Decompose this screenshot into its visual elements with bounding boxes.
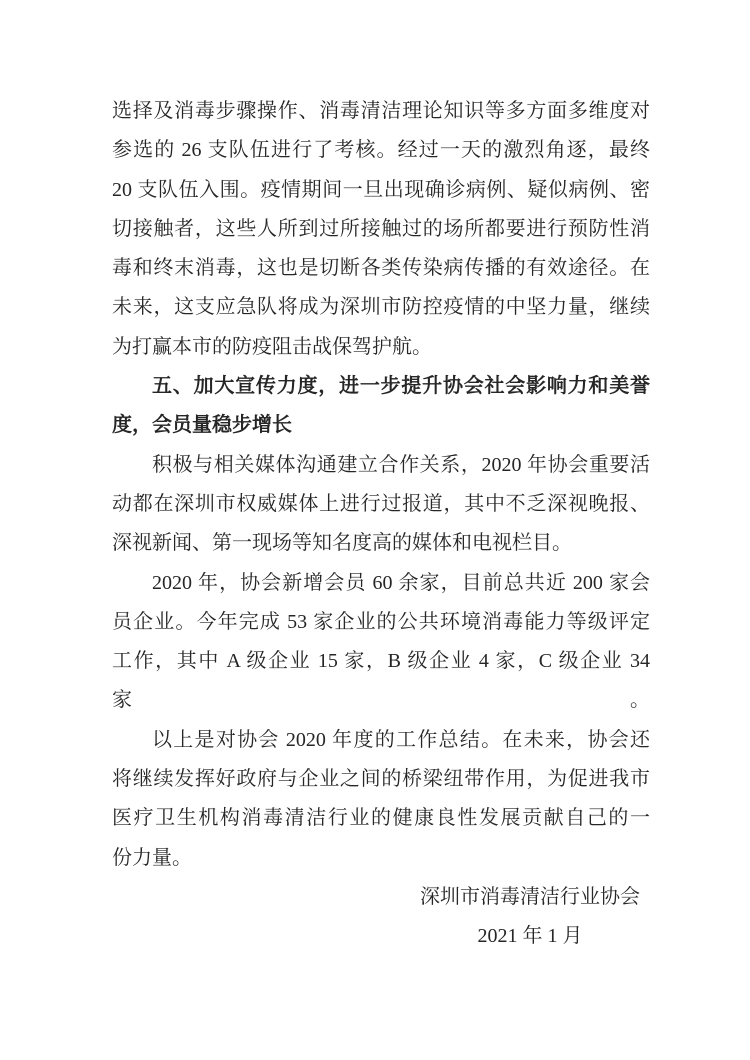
document-page: 选择及消毒步骤操作、消毒清洁理论知识等多方面多维度对 参选的 26 支队伍进行了… <box>0 0 750 1060</box>
body-line: 医疗卫生机构消毒清洁行业的健康良性发展贡献自己的一 <box>112 799 650 838</box>
body-line: 积极与相关媒体沟通建立合作关系，2020 年协会重要活 <box>112 446 650 485</box>
body-line: 份力量。 <box>112 839 650 878</box>
body-line: 员企业。今年完成 53 家企业的公共环境消毒能力等级评定 <box>112 603 650 642</box>
body-line: 工作，其中 A 级企业 15 家，B 级企业 4 家，C 级企业 34 家。 <box>112 642 650 681</box>
body-line: 未来，这支应急队将成为深圳市防控疫情的中坚力量，继续 <box>112 288 650 327</box>
body-line: 毒和终末消毒，这也是切断各类传染病传播的有效途径。在 <box>112 249 650 288</box>
body-line: 2020 年，协会新增会员 60 余家，目前总共近 200 家会 <box>112 564 650 603</box>
body-line: 参选的 26 支队伍进行了考核。经过一天的激烈角逐，最终 <box>112 131 650 170</box>
section-heading-line: 度，会员量稳步增长 <box>112 406 650 445</box>
body-line: 切接触者，这些人所到过所接触过的场所都要进行预防性消 <box>112 210 650 249</box>
body-line: 深视新闻、第一现场等知名度高的媒体和电视栏目。 <box>112 524 650 563</box>
document-content: 选择及消毒步骤操作、消毒清洁理论知识等多方面多维度对 参选的 26 支队伍进行了… <box>112 92 650 957</box>
body-line: 选择及消毒步骤操作、消毒清洁理论知识等多方面多维度对 <box>112 92 650 131</box>
signature-inner: 深圳市消毒清洁行业协会 2021 年 1 月 <box>420 878 640 957</box>
signature-organization: 深圳市消毒清洁行业协会 <box>420 878 640 917</box>
body-line: 动都在深圳市权威媒体上进行过报道，其中不乏深视晚报、 <box>112 485 650 524</box>
section-heading-line: 五、加大宣传力度，进一步提升协会社会影响力和美誉 <box>112 367 650 406</box>
body-line: 以上是对协会 2020 年度的工作总结。在未来，协会还 <box>112 721 650 760</box>
signature-block: 深圳市消毒清洁行业协会 2021 年 1 月 <box>112 878 650 957</box>
body-line: 将继续发挥好政府与企业之间的桥梁纽带作用，为促进我市 <box>112 760 650 799</box>
body-line: 20 支队伍入围。疫情期间一旦出现确诊病例、疑似病例、密 <box>112 171 650 210</box>
signature-date: 2021 年 1 月 <box>420 917 640 956</box>
body-line: 为打赢本市的防疫阻击战保驾护航。 <box>112 328 650 367</box>
